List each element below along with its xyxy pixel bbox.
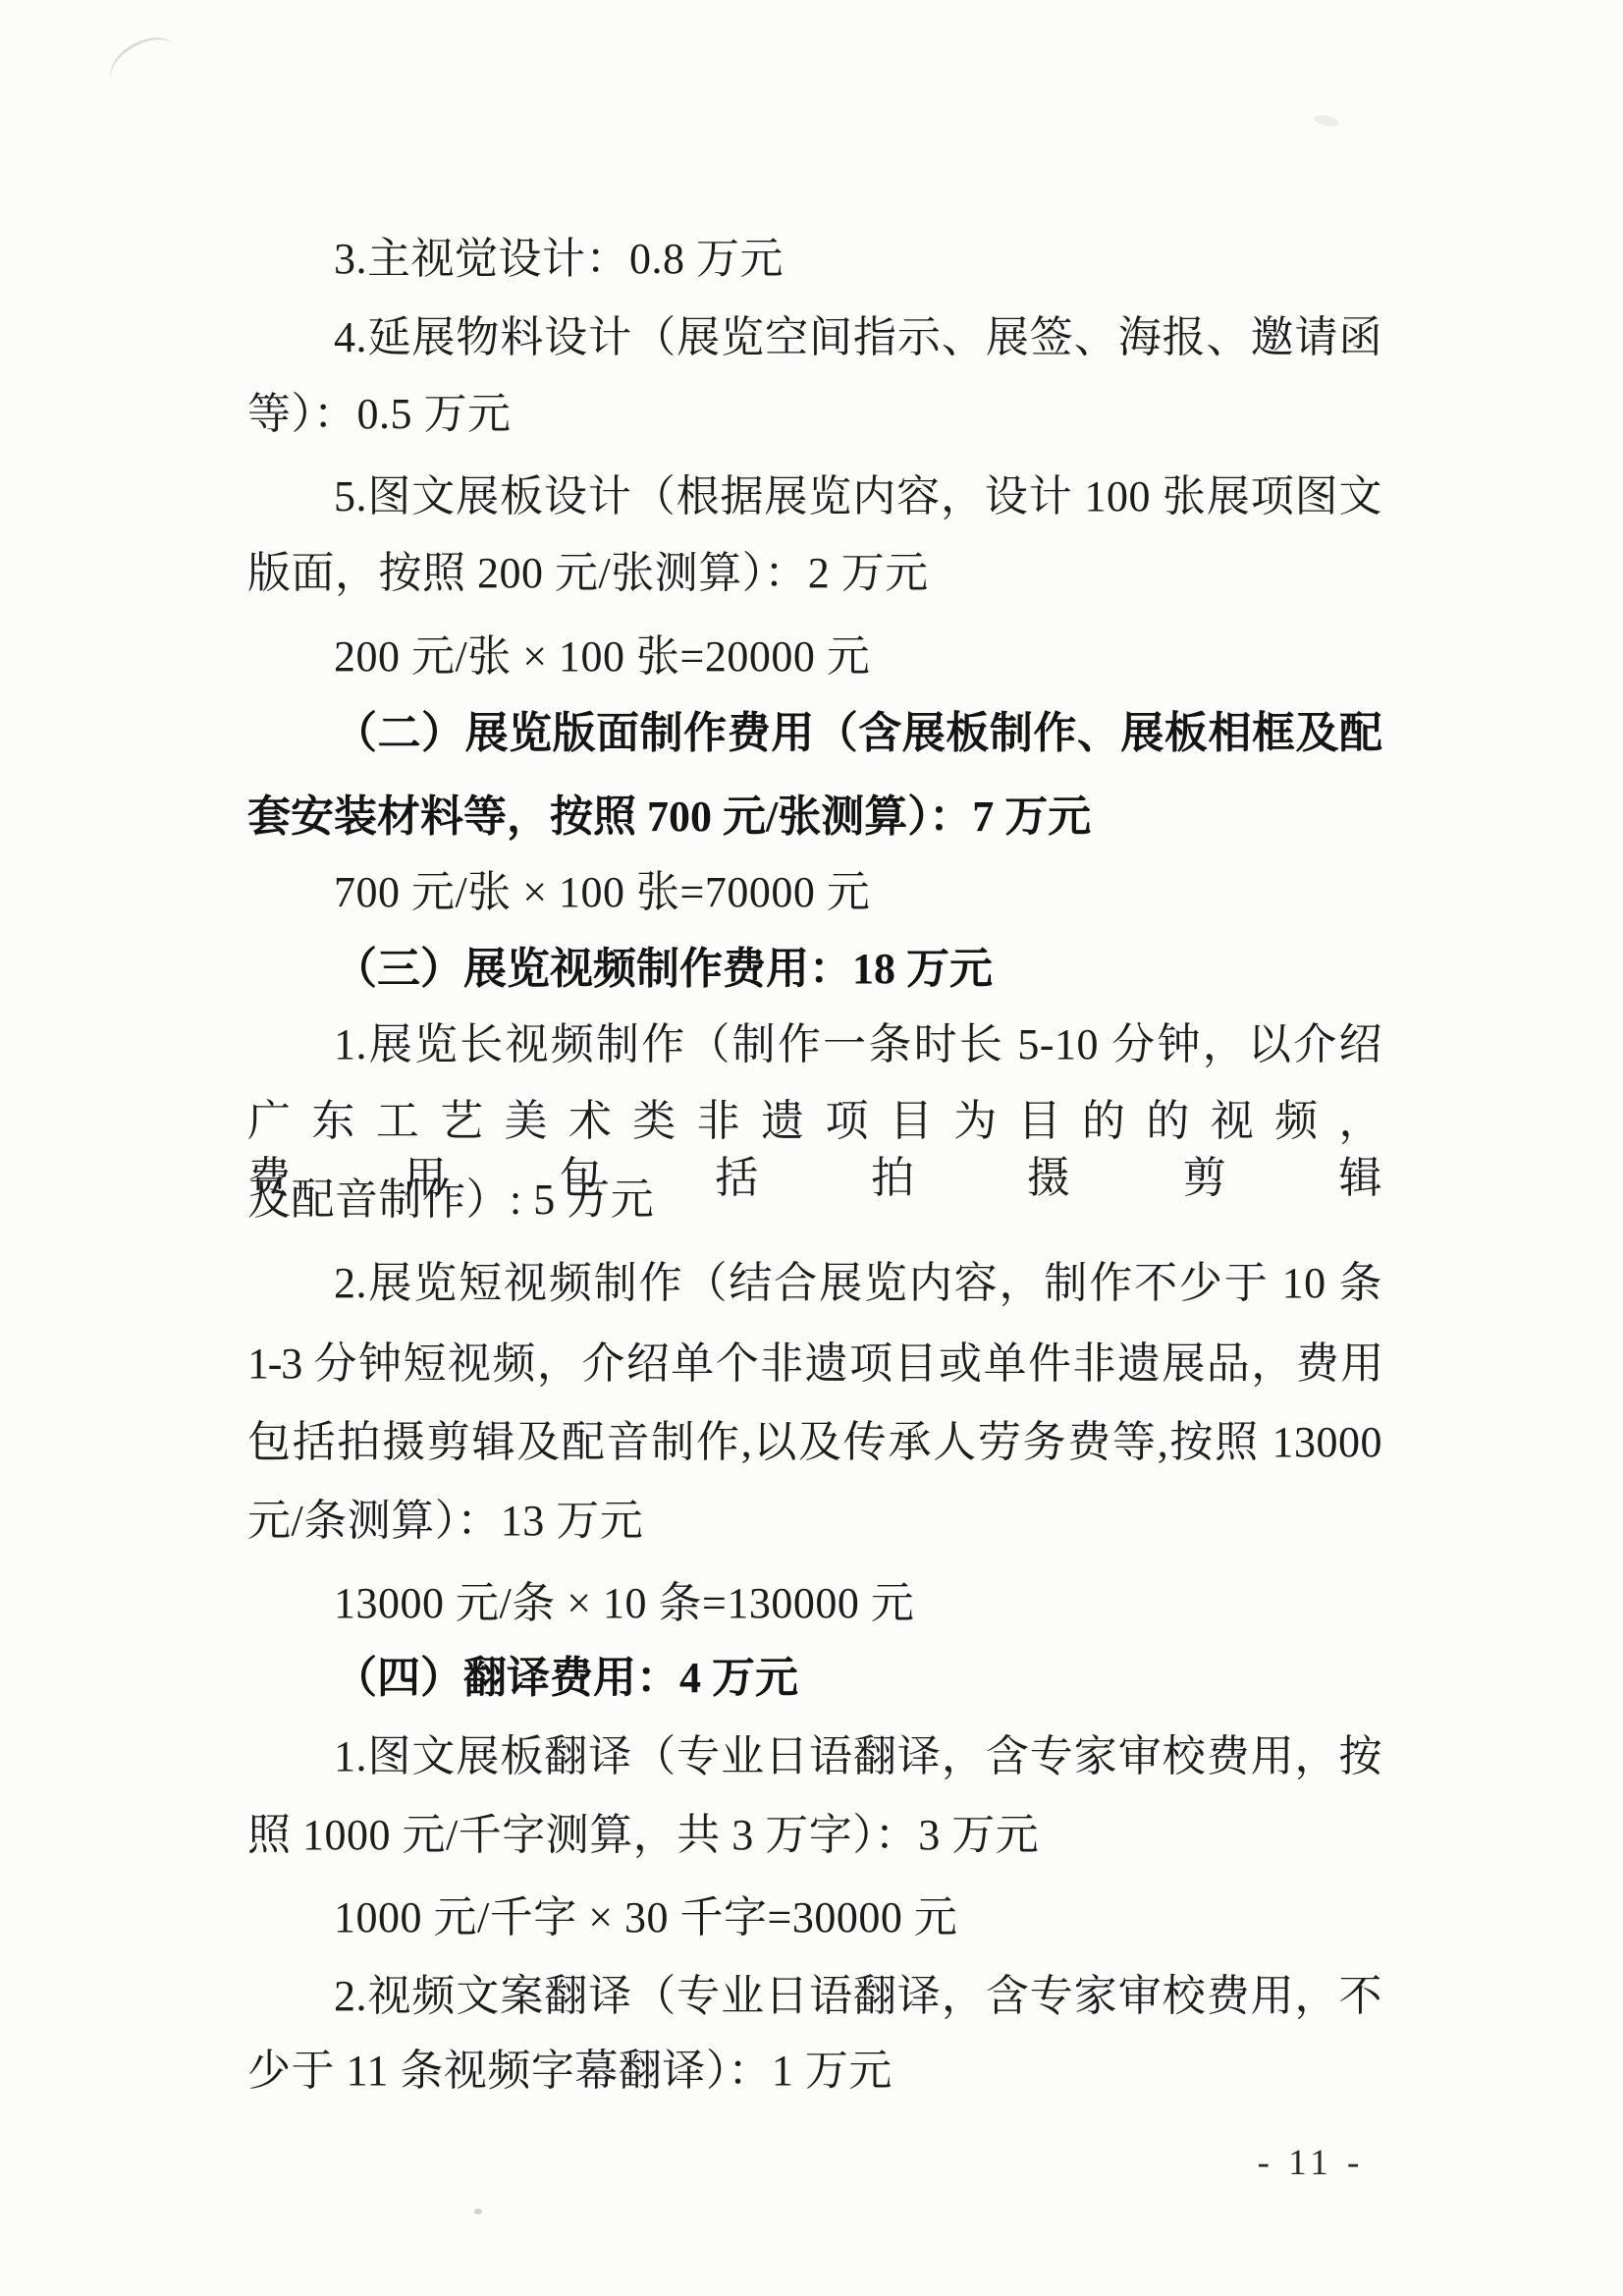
section-2-heading-line-1: （二）展览版面制作费用（含展板制作、展板相框及配 (247, 705, 1382, 762)
item-long-video-line-2: 广东工艺美术类非遗项目为目的的视频，费用包括拍摄剪辑 (247, 1093, 1382, 1150)
item-long-video-line-3: 及配音制作）: 5 万元 (247, 1172, 1382, 1229)
scan-dot-icon (474, 2209, 482, 2214)
page-number: - 11 - (1227, 2139, 1394, 2188)
item-panel-design-line-1: 5.图文展板设计（根据展览内容，设计 100 张展项图文 (247, 468, 1382, 525)
section-3-heading: （三）展览视频制作费用：18 万元 (247, 941, 1382, 998)
formula-short-video: 13000 元/条 × 10 条=130000 元 (247, 1575, 1382, 1632)
item-main-visual-design: 3.主视觉设计：0.8 万元 (247, 231, 1382, 288)
item-panel-design-line-2: 版面，按照 200 元/张测算）：2 万元 (247, 545, 1382, 602)
item-video-translation-line-2: 少于 11 条视频字幕翻译）：1 万元 (247, 2043, 1382, 2100)
scan-speck-icon (1313, 113, 1340, 128)
section-2-heading-line-2: 套安装材料等，按照 700 元/张测算）：7 万元 (247, 789, 1382, 846)
item-short-video-line-3: 包括拍摄剪辑及配音制作,以及传承人劳务费等,按照 13000 (247, 1414, 1382, 1471)
item-extended-materials-line-2: 等）：0.5 万元 (247, 386, 1382, 443)
item-panel-translation-line-2: 照 1000 元/千字测算，共 3 万字）：3 万元 (247, 1807, 1382, 1864)
item-panel-translation-line-1: 1.图文展板翻译（专业日语翻译，含专家审校费用，按 (247, 1728, 1382, 1785)
formula-panel-design: 200 元/张 × 100 张=20000 元 (247, 629, 1382, 685)
formula-panel-production: 700 元/张 × 100 张=70000 元 (247, 864, 1382, 921)
scan-smudge-icon (101, 27, 187, 101)
item-extended-materials-line-1: 4.延展物料设计（展览空间指示、展签、海报、邀请函 (247, 309, 1382, 366)
document-page: 3.主视觉设计：0.8 万元 4.延展物料设计（展览空间指示、展签、海报、邀请函… (0, 0, 1623, 2296)
formula-panel-translation: 1000 元/千字 × 30 千字=30000 元 (247, 1889, 1382, 1946)
item-long-video-line-1: 1.展览长视频制作（制作一条时长 5-10 分钟，以介绍 (247, 1016, 1382, 1073)
section-4-heading: （四）翻译费用：4 万元 (247, 1650, 1382, 1707)
item-video-translation-line-1: 2.视频文案翻译（专业日语翻译，含专家审校费用，不 (247, 1968, 1382, 2025)
item-short-video-line-2: 1-3 分钟短视频，介绍单个非遗项目或单件非遗展品，费用 (247, 1336, 1382, 1393)
item-short-video-line-4: 元/条测算）：13 万元 (247, 1493, 1382, 1550)
item-short-video-line-1: 2.展览短视频制作（结合展览内容，制作不少于 10 条 (247, 1255, 1382, 1312)
